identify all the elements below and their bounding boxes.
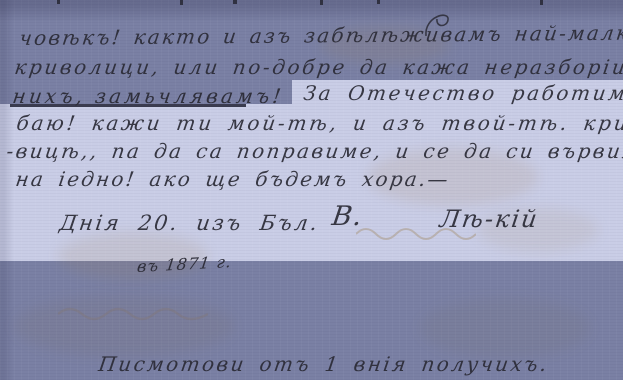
letter-scan: човѣкъ! както и азъ забѣлѣживамъ най-мал…	[0, 0, 623, 380]
cut-descender-mark	[540, 0, 543, 5]
letter-line-5: -вицѣ,, па да са поправиме, и се да си в…	[5, 139, 623, 163]
signature-name: Лѣ-кій	[438, 205, 541, 233]
paper-stain	[14, 295, 234, 357]
letter-line-1: човѣкъ! както и азъ забѣлѣживамъ най-мал…	[18, 20, 623, 50]
letter-line-2: криволици, или по-добре да кажа неразбор…	[13, 55, 623, 79]
cut-descender-mark	[57, 0, 60, 4]
letter-line-4: баю! кажи ти мой-тѣ, и азъ твой-тѣ. кри-	[15, 111, 623, 135]
cut-descender-mark	[320, 0, 323, 5]
ink-showthrough	[58, 300, 208, 322]
cut-descender-mark	[233, 0, 237, 4]
cut-descender-mark	[377, 0, 380, 4]
date-place-line: Днія 20. изъ Бъл.	[58, 211, 321, 235]
cut-descender-mark	[180, 0, 183, 5]
paper-stain	[420, 298, 590, 358]
letter-line-3-highlighted: За Отечество работимъ	[302, 81, 623, 105]
letter-line-6: на іедно! ако ще бъдемъ хора.—	[14, 167, 452, 191]
postscript-line-cut: Писмотови отъ 1 внія получихъ.	[97, 352, 551, 376]
signature-initial: В.	[330, 201, 365, 232]
letter-line-3-start: нихъ, замьчлявамъ!	[11, 84, 286, 108]
year-annotation: въ 1871 г.	[136, 252, 233, 276]
